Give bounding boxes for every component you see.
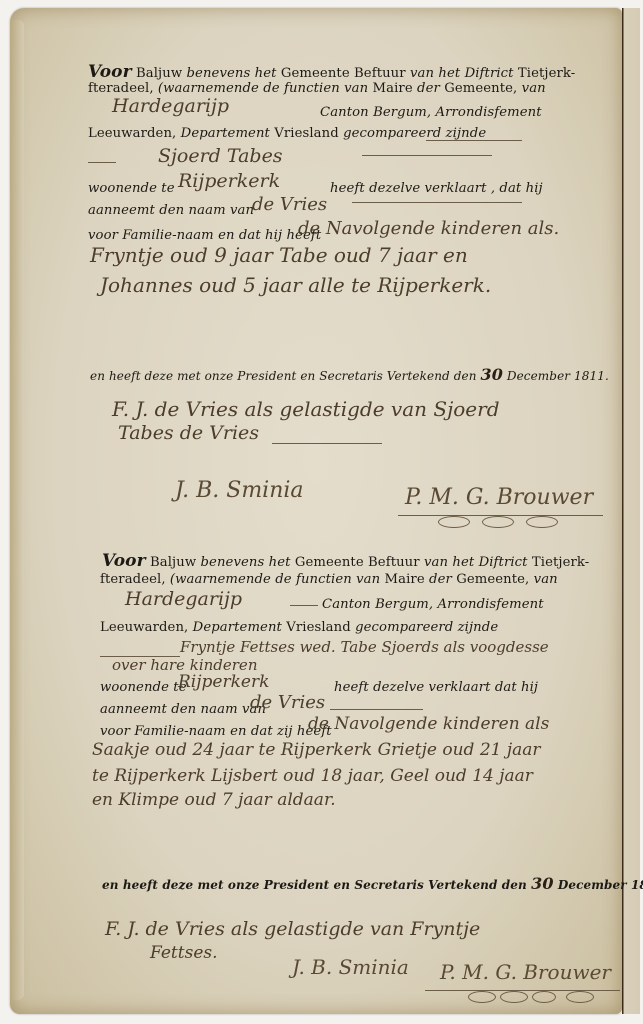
signature-flourish [532,991,556,1003]
handwritten-residence: Rijperkerk [178,170,280,192]
handwritten-person: Sjoerd Tabes [158,145,283,167]
printed-line-2: fteradeel, (waarnemende de functien van … [100,572,558,587]
declarant-signature-2: Tabes de Vries [118,422,259,444]
rule [88,162,116,163]
declarant-signature-2: Fettses. [150,943,218,963]
printed-line-1: Voor Baljuw benevens het Gemeente Beftuu… [88,62,575,82]
woonende-label: woonende te [100,680,187,695]
rule [290,605,318,606]
children-line-1: de Navolgende kinderen als [308,714,549,734]
secretary-signature: P. M. G. Brouwer [440,960,611,984]
page-edge [10,20,24,1000]
declarant-signature-1: F. J. de Vries als gelastigde van Sjoerd [112,397,500,421]
president-signature: J. B. Sminia [175,478,304,503]
signature-flourish [482,516,514,528]
next-page-edge [622,8,640,1014]
signature-flourish [468,991,496,1003]
aanneemt-label: aanneemt den naam van [100,702,266,717]
handwritten-place: Hardegarijp [112,95,229,117]
printed-line-3: Canton Bergum, Arrondisfement [320,105,542,120]
rule [426,140,522,141]
printed-line-3: Canton Bergum, Arrondisfement [322,597,544,612]
handwritten-surname: de Vries [252,194,327,215]
signature-flourish-line [425,990,620,991]
closing-line: en heeft deze met onze President en Secr… [90,365,609,384]
verklaart-label: heeft dezelve verklaart dat hij [334,680,538,695]
signature-flourish [566,991,594,1003]
children-line-2: Saakje oud 24 jaar te Rijperkerk Grietje… [92,740,541,760]
secretary-signature: P. M. G. Brouwer [405,485,593,510]
printed-line-4: Leeuwarden, Departement Vriesland gecomp… [88,126,486,141]
signature-flourish [438,516,470,528]
printed-line-1: Voor Baljuw benevens het Gemeente Beftuu… [102,551,589,571]
closing-line: en heeft deze met onze President en Secr… [102,874,643,893]
familie-label: voor Familie-naam en dat zij heeft [100,724,332,739]
children-line-1: de Navolgende kinderen als. [298,218,559,239]
rule [352,202,522,203]
handwritten-place: Hardegarijp [125,588,242,610]
register-page [10,8,622,1014]
handwritten-residence: Rijperkerk [178,672,269,692]
children-line-2: Fryntje oud 9 jaar Tabe oud 7 jaar en [90,243,468,267]
rule [272,443,382,444]
children-line-3: te Rijperkerk Lijsbert oud 18 jaar, Geel… [92,766,533,786]
aanneemt-label: aanneemt den naam van [88,203,254,218]
handwritten-surname: de Vries [250,692,325,713]
rule [362,155,492,156]
handwritten-person: Fryntje Fettses wed. Tabe Sjoerds als vo… [180,638,549,656]
children-line-3: Johannes oud 5 jaar alle te Rijperkerk. [100,273,491,297]
signature-flourish [526,516,558,528]
rule [330,709,423,710]
printed-line-4: Leeuwarden, Departement Vriesland gecomp… [100,620,498,635]
children-line-4: en Klimpe oud 7 jaar aldaar. [92,790,336,810]
verklaart-label: heeft dezelve verklaart , dat hij [330,181,543,196]
president-signature: J. B. Sminia [292,955,409,979]
printed-line-2: fteradeel, (waarnemende de functien van … [88,81,546,96]
familie-label: voor Familie-naam en dat hij heeft [88,228,321,243]
woonende-label: woonende te [88,181,175,196]
signature-flourish [500,991,528,1003]
declarant-signature-1: F. J. de Vries als gelastigde van Fryntj… [105,918,480,940]
